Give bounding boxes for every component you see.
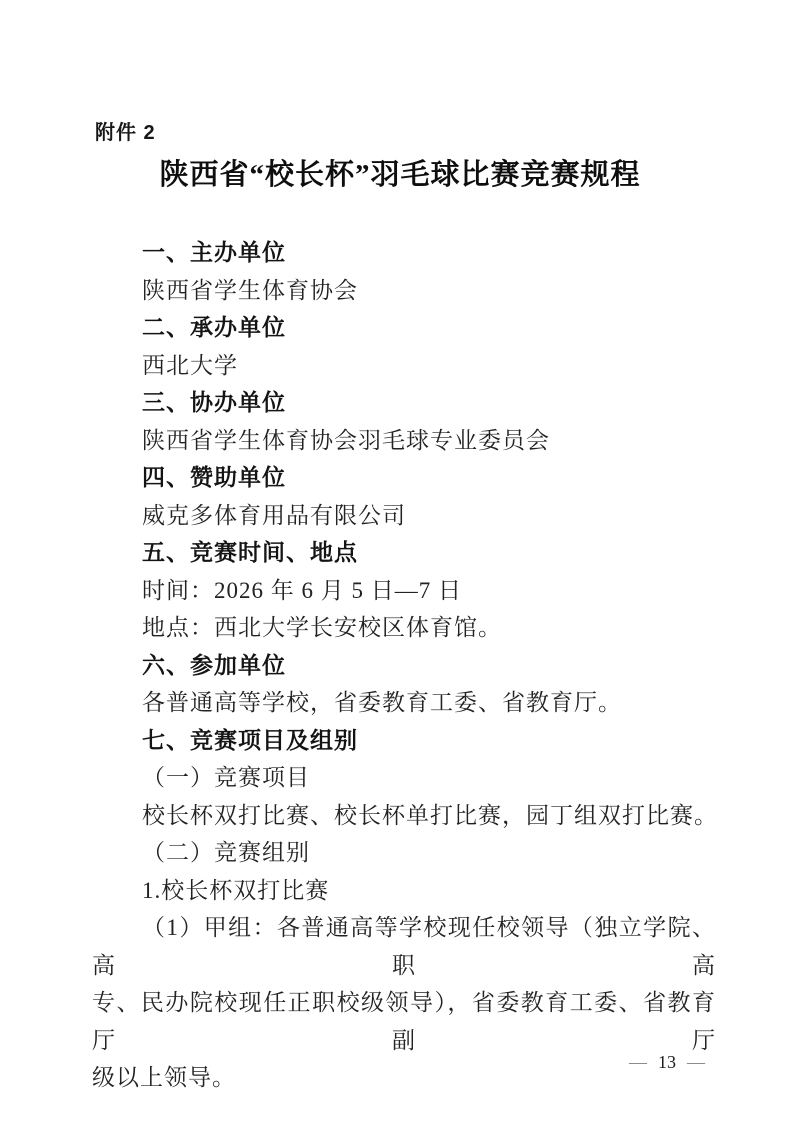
body-line: 西北大学 bbox=[92, 347, 716, 385]
section-heading-4: 四、赞助单位 bbox=[92, 459, 716, 497]
section-heading-3: 三、协办单位 bbox=[92, 384, 716, 422]
sub-heading: （一）竞赛项目 bbox=[92, 759, 716, 797]
body-line-time: 时间：2026 年 6 月 5 日—7 日 bbox=[92, 572, 716, 610]
sub-sub-heading: 1.校长杯双打比赛 bbox=[92, 872, 716, 910]
attachment-label: 附件 2 bbox=[95, 116, 156, 145]
document-body: 一、主办单位 陕西省学生体育协会 二、承办单位 西北大学 三、协办单位 陕西省学… bbox=[92, 234, 716, 1097]
body-line: 陕西省学生体育协会 bbox=[92, 272, 716, 310]
document-title: 陕西省“校长杯”羽毛球比赛竞赛规程 bbox=[88, 152, 712, 193]
paragraph-line: 级以上领导。 bbox=[92, 1059, 716, 1097]
paragraph-line: （1）甲组：各普通高等学校现任校领导（独立学院、高职高 bbox=[92, 909, 716, 984]
page-number-right-dash: — bbox=[687, 1050, 705, 1074]
page-number-left-dash: — bbox=[629, 1050, 647, 1074]
section-heading-7: 七、竞赛项目及组别 bbox=[92, 722, 716, 760]
section-heading-6: 六、参加单位 bbox=[92, 647, 716, 685]
page-number-value: 13 bbox=[658, 1050, 676, 1074]
body-line: 各普通高等学校，省委教育工委、省教育厅。 bbox=[92, 684, 716, 722]
body-line: 威克多体育用品有限公司 bbox=[92, 497, 716, 535]
page-number: — 13 — bbox=[629, 1050, 705, 1074]
body-line-place: 地点：西北大学长安校区体育馆。 bbox=[92, 609, 716, 647]
body-line: 陕西省学生体育协会羽毛球专业委员会 bbox=[92, 422, 716, 460]
sub-heading: （二）竞赛组别 bbox=[92, 834, 716, 872]
document-page: 附件 2 陕西省“校长杯”羽毛球比赛竞赛规程 一、主办单位 陕西省学生体育协会 … bbox=[0, 0, 800, 1131]
paragraph-line: 专、民办院校现任正职校级领导），省委教育工委、省教育厅副厅 bbox=[92, 984, 716, 1059]
body-line: 校长杯双打比赛、校长杯单打比赛，园丁组双打比赛。 bbox=[92, 797, 716, 835]
section-heading-2: 二、承办单位 bbox=[92, 309, 716, 347]
section-heading-5: 五、竞赛时间、地点 bbox=[92, 534, 716, 572]
section-heading-1: 一、主办单位 bbox=[92, 234, 716, 272]
